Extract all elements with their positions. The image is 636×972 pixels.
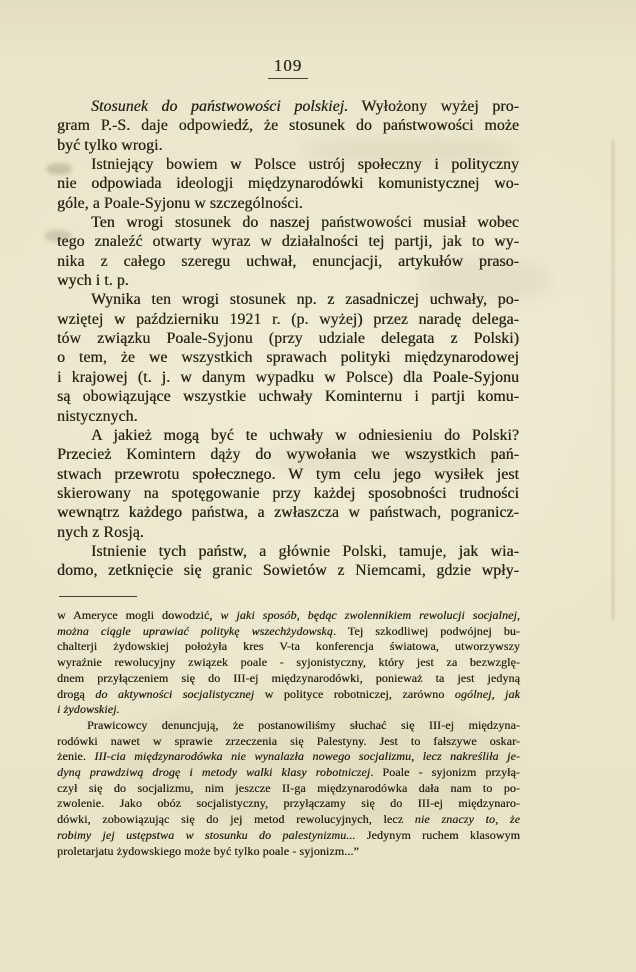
text-segment: i krajowej (t. j. w danym wypadku w Pols… bbox=[57, 369, 519, 386]
italic-text-segment: w jaki sposób, będąc zwolennikiem rewolu… bbox=[220, 608, 520, 622]
text-line: dyną prawdziwą drogę i metody walki klas… bbox=[57, 765, 520, 781]
text-segment: zwolenie. Jako obóz socjalistyczny, przy… bbox=[57, 796, 520, 810]
text-line: i krajowej (t. j. w danym wypadku w Pols… bbox=[57, 368, 519, 387]
text-line: drogą do aktywności socjalistycznej w po… bbox=[57, 687, 520, 703]
text-segment: żenie. bbox=[57, 749, 94, 763]
text-segment: tów związku Poale-Syjonu (przy udziale d… bbox=[57, 330, 519, 347]
paragraph: Wynika ten wrogi stosunek np. z zasadnic… bbox=[57, 290, 519, 425]
text-line: wych i t. p. bbox=[57, 271, 519, 290]
text-segment: góle, a Poale-Syjonu w szczególności. bbox=[57, 195, 303, 212]
text-segment: skierowany na spotęgowanie przy każdej s… bbox=[57, 485, 519, 502]
paragraph: w Ameryce mogli dowodzić, w jaki sposób,… bbox=[57, 608, 520, 718]
scan-artifact-line bbox=[612, 140, 614, 620]
text-segment: wyraźnie rewolucyjny związek poale - syj… bbox=[57, 655, 520, 669]
italic-text-segment: można ciągle uprawiać politykę wszechżyd… bbox=[57, 624, 333, 638]
italic-text-segment: dyną prawdziwą drogę i metody walki klas… bbox=[57, 765, 370, 779]
book-page: 109 Stosunek do państwowości polskiej. W… bbox=[0, 0, 636, 972]
paragraph: Istniejący bowiem w Polsce ustrój społec… bbox=[57, 155, 519, 213]
text-line: nistycznych. bbox=[57, 407, 519, 426]
text-line: Istnienie tych państw, a głównie Polski,… bbox=[57, 542, 519, 561]
page-number: 109 bbox=[268, 56, 309, 79]
text-line: domo, zetknięcie się granic Sowietów z N… bbox=[57, 561, 519, 580]
italic-text-segment: ogólnej, jak bbox=[455, 687, 520, 701]
paragraph: Stosunek do państwowości polskiej. Wyłoż… bbox=[57, 97, 519, 155]
italic-text-segment: nie znaczy to, że bbox=[415, 812, 520, 826]
text-segment: nistycznych. bbox=[57, 408, 138, 425]
paragraph: Ten wrogi stosunek do naszej państwowośc… bbox=[57, 213, 519, 290]
text-line: o tem, że we wszystkich sprawach polityk… bbox=[57, 348, 519, 367]
text-line: Ten wrogi stosunek do naszej państwowośc… bbox=[57, 213, 519, 232]
text-segment: czył się do socjalizmu, nim jeszcze II-g… bbox=[57, 781, 520, 795]
text-line: proletarjatu żydowskiego może być tylko … bbox=[57, 844, 520, 860]
text-segment: Prawicowcy denuncjują, że postanowiliśmy… bbox=[87, 718, 520, 732]
text-segment: domo, zetknięcie się granic Sowietów z N… bbox=[57, 562, 519, 579]
text-line: dówki, zobowiązując się do jej metod rew… bbox=[57, 812, 520, 828]
text-line: wewnątrz każdego państwa, a zwłaszcza w … bbox=[57, 503, 519, 522]
text-segment: wych i t. p. bbox=[57, 272, 129, 289]
italic-text-segment: Stosunek do państwowości polskiej. bbox=[91, 98, 348, 115]
text-line: nych z Rosją. bbox=[57, 523, 519, 542]
text-line: Istniejący bowiem w Polsce ustrój społec… bbox=[57, 155, 519, 174]
text-line: czył się do socjalizmu, nim jeszcze II-g… bbox=[57, 781, 520, 797]
text-line: dnem przyłączeniem się do III-ej międzyn… bbox=[57, 671, 520, 687]
footnote-block: w Ameryce mogli dowodzić, w jaki sposób,… bbox=[57, 608, 520, 859]
text-line: Przecież Komintern dąży do wywołania we … bbox=[57, 445, 519, 464]
text-segment: gram P.-S. daje odpowiedź, że stosunek d… bbox=[57, 117, 519, 134]
paragraph: Prawicowcy denuncjują, że postanowiliśmy… bbox=[57, 718, 520, 859]
text-line: Prawicowcy denuncjują, że postanowiliśmy… bbox=[57, 718, 520, 734]
text-line: gram P.-S. daje odpowiedź, że stosunek d… bbox=[57, 116, 519, 135]
text-segment: być tylko wrogi. bbox=[57, 137, 163, 154]
text-segment: są obowiązujące wszystkie uchwały Komint… bbox=[57, 388, 519, 405]
text-line: A jakież mogą być te uchwały w odniesien… bbox=[57, 426, 519, 445]
text-segment: . Poale - syjonizm przyłą- bbox=[370, 765, 520, 779]
text-line: Stosunek do państwowości polskiej. Wyłoż… bbox=[57, 97, 519, 116]
text-line: tego znaleźć otwarty wyraz w działalnośc… bbox=[57, 232, 519, 251]
text-line: można ciągle uprawiać politykę wszechżyd… bbox=[57, 624, 520, 640]
text-line: chalterji żydowskiej położyła kres V-ta … bbox=[57, 639, 520, 655]
text-segment: w polityce robotniczej, zarówno bbox=[254, 687, 455, 701]
text-segment: tego znaleźć otwarty wyraz w działalnośc… bbox=[57, 233, 519, 250]
text-line: góle, a Poale-Syjonu w szczególności. bbox=[57, 194, 519, 213]
text-segment: Wynika ten wrogi stosunek np. z zasadnic… bbox=[91, 291, 519, 308]
text-line: wziętej w październiku 1921 r. (p. wyżej… bbox=[57, 310, 519, 329]
text-segment: . Tej szkodliwej podwójnej bu- bbox=[333, 624, 520, 638]
text-segment: chalterji żydowskiej położyła kres V-ta … bbox=[57, 639, 520, 653]
text-segment: Istnienie tych państw, a głównie Polski,… bbox=[91, 543, 519, 560]
text-segment: nych z Rosją. bbox=[57, 524, 144, 541]
text-segment: rodówki nawet w sprawie zrzeczenia się P… bbox=[57, 734, 520, 748]
italic-text-segment: robimy jej ustępstwa w stosunku do pales… bbox=[57, 828, 355, 842]
text-line: wyraźnie rewolucyjny związek poale - syj… bbox=[57, 655, 520, 671]
text-segment: Jedynym ruchem klasowym bbox=[355, 828, 520, 842]
text-segment: Wyłożony wyżej pro- bbox=[348, 98, 519, 115]
text-line: zwolenie. Jako obóz socjalistyczny, przy… bbox=[57, 796, 520, 812]
text-segment: A jakież mogą być te uchwały w odniesien… bbox=[91, 427, 519, 444]
text-line: robimy jej ustępstwa w stosunku do pales… bbox=[57, 828, 520, 844]
text-line: stwach przewrotu społecznego. W tym celu… bbox=[57, 465, 519, 484]
italic-text-segment: i żydowskiej. bbox=[57, 702, 120, 716]
text-line: są obowiązujące wszystkie uchwały Komint… bbox=[57, 387, 519, 406]
text-segment: drogą bbox=[57, 687, 95, 701]
text-segment: stwach przewrotu społecznego. W tym celu… bbox=[57, 466, 519, 483]
text-segment: Ten wrogi stosunek do naszej państwowośc… bbox=[91, 214, 519, 231]
text-segment: w Ameryce mogli dowodzić, bbox=[57, 608, 220, 622]
text-segment: proletarjatu żydowskiego może być tylko … bbox=[57, 844, 359, 858]
text-segment: wewnątrz każdego państwa, a zwłaszcza w … bbox=[57, 504, 519, 521]
text-line: skierowany na spotęgowanie przy każdej s… bbox=[57, 484, 519, 503]
text-line: i żydowskiej. bbox=[57, 702, 520, 718]
text-segment: Przecież Komintern dąży do wywołania we … bbox=[57, 446, 519, 463]
text-line: nika z całego szeregu uchwał, enuncjacji… bbox=[57, 252, 519, 271]
italic-text-segment: do aktywności socjalistycznej bbox=[95, 687, 254, 701]
text-segment: wziętej w październiku 1921 r. (p. wyżej… bbox=[57, 311, 519, 328]
text-line: tów związku Poale-Syjonu (przy udziale d… bbox=[57, 329, 519, 348]
text-line: żenie. III-cia międzynarodówka nie wynal… bbox=[57, 749, 520, 765]
text-segment: o tem, że we wszystkich sprawach polityk… bbox=[57, 349, 519, 366]
text-line: nie odpowiada ideologji międzynarodówki … bbox=[57, 174, 519, 193]
text-line: Wynika ten wrogi stosunek np. z zasadnic… bbox=[57, 290, 519, 309]
text-line: rodówki nawet w sprawie zrzeczenia się P… bbox=[57, 734, 520, 750]
text-line: w Ameryce mogli dowodzić, w jaki sposób,… bbox=[57, 608, 520, 624]
text-segment: nika z całego szeregu uchwał, enuncjacji… bbox=[57, 253, 519, 270]
footnote-divider bbox=[59, 596, 137, 597]
page-number-container: 109 bbox=[57, 56, 519, 79]
text-segment: Istniejący bowiem w Polsce ustrój społec… bbox=[91, 156, 519, 173]
paragraph: A jakież mogą być te uchwały w odniesien… bbox=[57, 426, 519, 542]
text-segment: nie odpowiada ideologji międzynarodówki … bbox=[57, 175, 519, 192]
main-text-block: Stosunek do państwowości polskiej. Wyłoż… bbox=[57, 97, 519, 581]
text-line: być tylko wrogi. bbox=[57, 136, 519, 155]
paragraph: Istnienie tych państw, a głównie Polski,… bbox=[57, 542, 519, 581]
text-segment: dnem przyłączeniem się do III-ej międzyn… bbox=[57, 671, 520, 685]
italic-text-segment: III-cia międzynarodówka nie wynalazła no… bbox=[94, 749, 520, 763]
text-segment: dówki, zobowiązując się do jej metod rew… bbox=[57, 812, 415, 826]
